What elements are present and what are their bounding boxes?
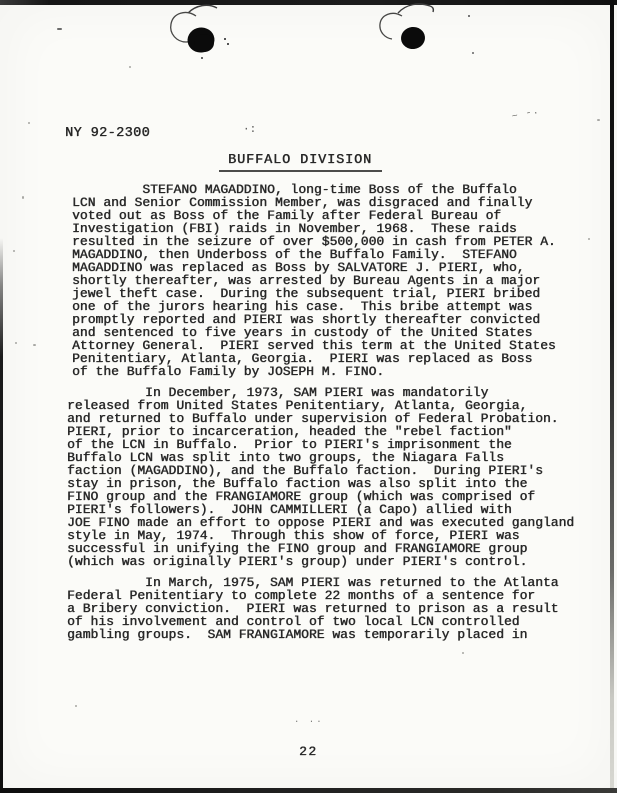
scan-speckle	[15, 342, 17, 344]
scan-speckle	[104, 519, 106, 521]
scan-artifact-near-title: ·:	[243, 125, 256, 135]
punch-hole-marks	[0, 0, 617, 80]
paragraph-3: In March, 1975, SAM PIERI was returned t…	[67, 576, 574, 641]
paragraph-2: In December, 1973, SAM PIERI was mandato…	[67, 386, 574, 568]
case-number: NY 92-2300	[65, 126, 150, 141]
scan-speckle	[75, 705, 77, 707]
scan-speckle	[33, 344, 36, 346]
scan-artifact-above-page-number: · ··	[294, 717, 324, 727]
scan-speckle	[588, 238, 590, 240]
scanned-document-page: NY 92-2300 BUFFALO DIVISION STEFANO MAGA…	[0, 0, 617, 793]
scan-speckle	[22, 196, 24, 199]
page-number: 22	[299, 744, 318, 759]
document-title-text: BUFFALO DIVISION	[219, 153, 382, 172]
scan-speckle	[13, 250, 15, 252]
scan-speckle	[57, 28, 62, 30]
scan-speckle	[129, 66, 131, 68]
scan-speckle	[28, 122, 30, 124]
scan-edge-right	[610, 0, 614, 793]
document-body: STEFANO MAGADDINO, long-time Boss of the…	[67, 183, 574, 641]
punch-hole-mark-right	[380, 4, 474, 54]
scan-edge-left	[0, 0, 3, 793]
document-title: BUFFALO DIVISION	[219, 150, 382, 172]
scan-edge-bottom	[0, 788, 617, 793]
scan-speckle	[462, 652, 464, 654]
scan-speckle	[597, 119, 600, 121]
punch-hole-mark-left	[171, 5, 229, 59]
paragraph-1: STEFANO MAGADDINO, long-time Boss of the…	[72, 183, 574, 378]
scan-artifact-top-right: ~ -.	[511, 107, 541, 123]
